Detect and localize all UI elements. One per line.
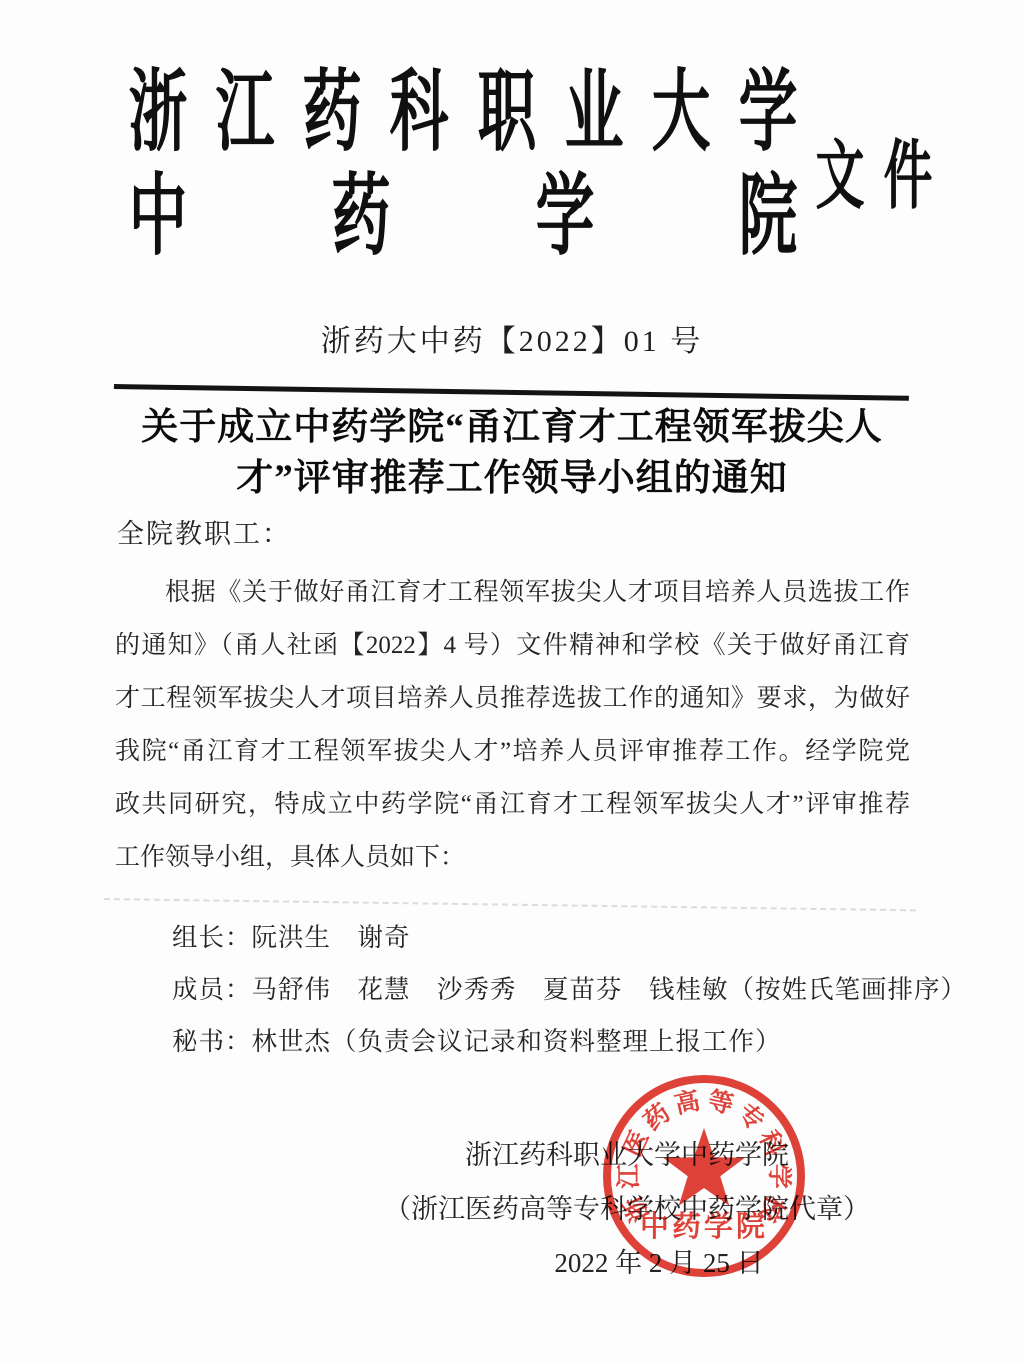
masthead-char: 浙 <box>129 69 188 158</box>
masthead-char: 药 <box>303 69 362 158</box>
body-line: 政共同研究，特成立中药学院“甬江育才工程领军拔尖人才”评审推荐 <box>115 778 910 831</box>
signature-date: 2022 年 2 月 25 日 <box>394 1236 924 1290</box>
seal-ring-char: 高 <box>672 1085 703 1119</box>
masthead-char: 院 <box>739 173 798 262</box>
document-page: 浙 江 药 科 职 业 大 学 中 药 学 院 文 件 浙药大中药【2022】0… <box>0 0 1024 1364</box>
roster-list: 组长：阮洪生 谢奇 成员：马舒伟 花慧 沙秀秀 夏苗芬 钱桂敏（按姓氏笔画排序）… <box>172 912 967 1068</box>
masthead-char: 文 <box>816 139 865 214</box>
body-line: 工作领导小组，具体人员如下： <box>115 831 910 884</box>
body-line: 的通知》（甬人社函【2022】4 号）文件精神和学校《关于做好甬江育 <box>115 619 910 672</box>
masthead-char: 大 <box>651 69 710 158</box>
masthead-char: 件 <box>884 139 933 214</box>
document-title: 关于成立中药学院“甬江育才工程领军拔尖人 才”评审推荐工作领导小组的通知 <box>0 402 1024 504</box>
header-rule <box>114 384 909 401</box>
masthead-line1: 浙 江 药 科 职 业 大 学 <box>116 72 810 156</box>
masthead-char: 学 <box>739 69 798 158</box>
masthead-char: 江 <box>216 69 275 158</box>
seal-ring-char: 等 <box>705 1085 736 1119</box>
document-title-line2: 才”评审推荐工作领导小组的通知 <box>0 453 1024 504</box>
signature-block: 浙江药科职业大学中药学院 （浙江医药高等专科学校中药学院代章） 2022 年 2… <box>362 1128 892 1290</box>
masthead-char: 职 <box>477 69 536 158</box>
signature-note: （浙江医药高等专科学校中药学院代章） <box>362 1182 892 1236</box>
roster-leader: 组长：阮洪生 谢奇 <box>172 912 967 964</box>
salutation: 全院教职工： <box>117 512 291 551</box>
masthead-char: 中 <box>129 173 188 262</box>
scan-artifact-dashed-line <box>104 898 916 911</box>
body-line: 根据《关于做好甬江育才工程领军拔尖人才项目培养人员选拔工作 <box>115 566 910 619</box>
document-title-line1: 关于成立中药学院“甬江育才工程领军拔尖人 <box>0 402 1024 453</box>
body-line: 才工程领军拔尖人才项目培养人员推荐选拔工作的通知》要求，为做好 <box>115 672 910 725</box>
masthead-char: 药 <box>332 173 391 262</box>
masthead-document-word: 文 件 <box>806 142 942 210</box>
signature-org: 浙江药科职业大学中药学院 <box>362 1128 892 1182</box>
body-paragraph: 根据《关于做好甬江育才工程领军拔尖人才项目培养人员选拔工作 的通知》（甬人社函【… <box>115 566 910 884</box>
roster-members: 成员：马舒伟 花慧 沙秀秀 夏苗芬 钱桂敏（按姓氏笔画排序） <box>172 964 967 1016</box>
masthead-char: 业 <box>564 69 623 158</box>
body-line: 我院“甬江育才工程领军拔尖人才”培养人员评审推荐工作。经学院党 <box>115 725 910 778</box>
document-number: 浙药大中药【2022】01 号 <box>0 316 1024 360</box>
masthead-char: 科 <box>390 69 449 158</box>
roster-secretary: 秘书：林世杰（负责会议记录和资料整理上报工作） <box>172 1016 967 1068</box>
masthead-line2: 中 药 学 院 <box>116 176 810 260</box>
masthead-char: 学 <box>535 173 594 262</box>
